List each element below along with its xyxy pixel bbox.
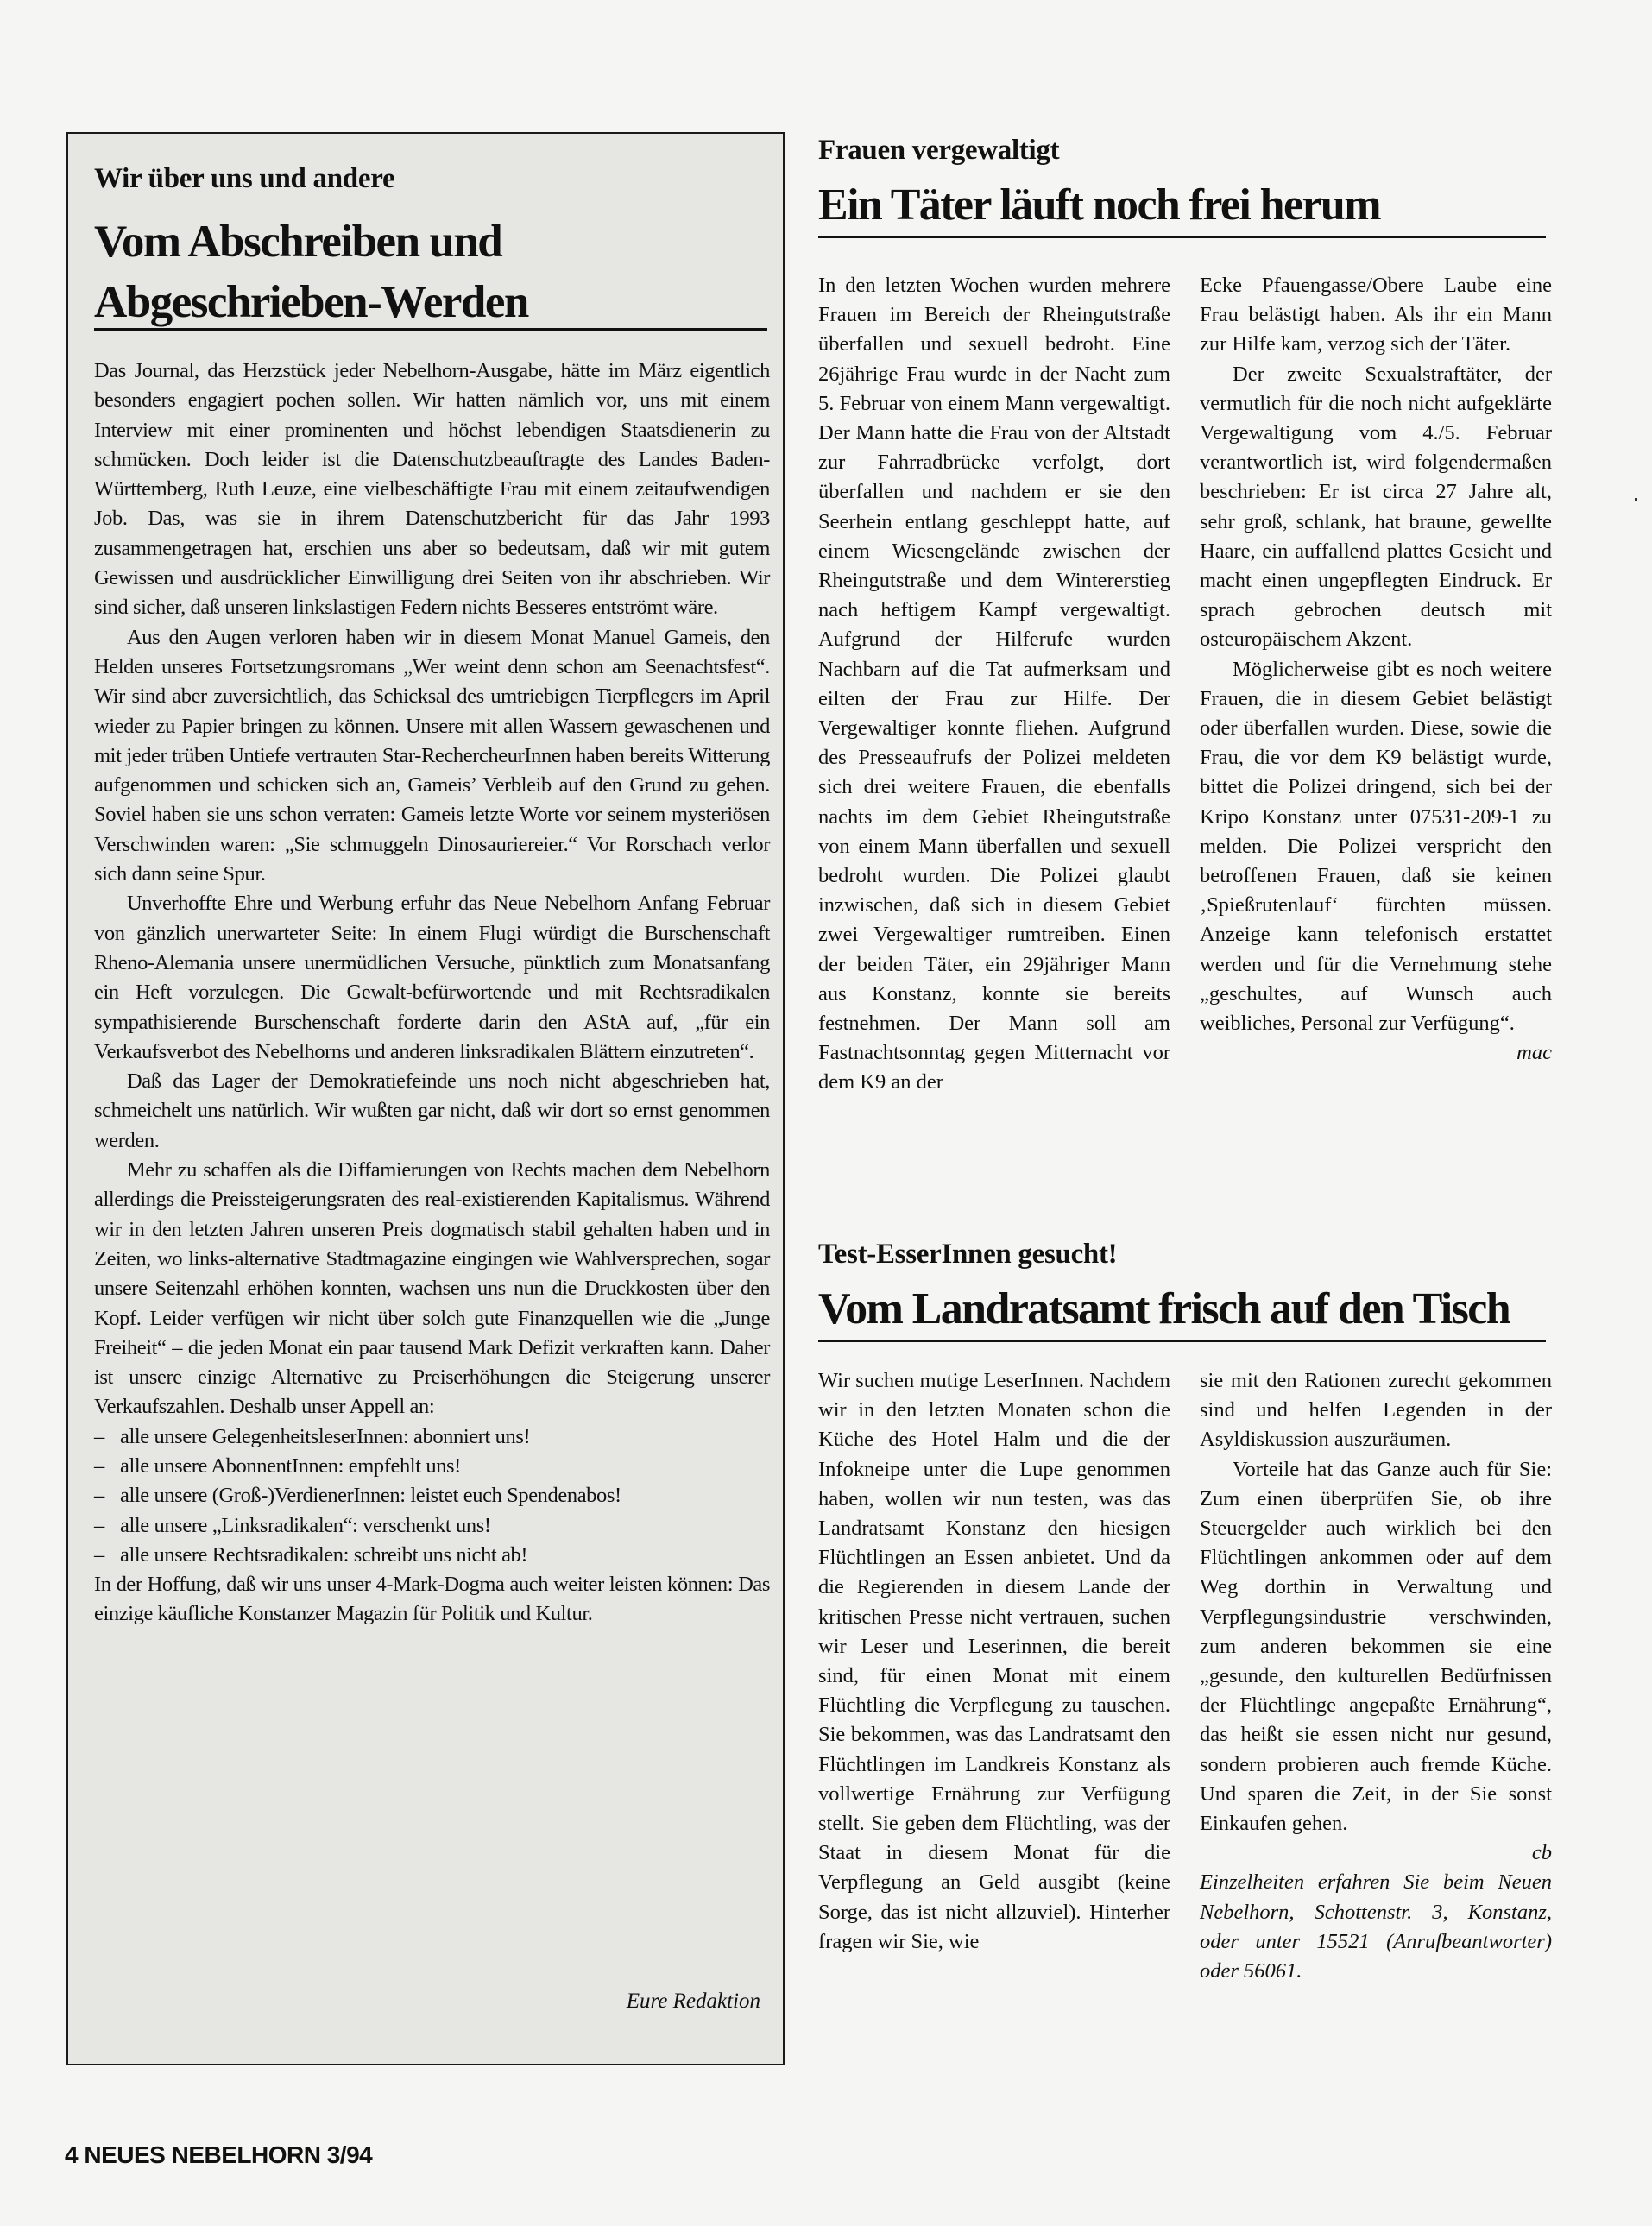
dash-bullet-icon: –	[94, 1511, 104, 1541]
article2-info: Einzelheiten erfahren Sie beim Neuen Neb…	[1200, 1868, 1552, 1986]
article2-paragraph: Vorteile hat das Ganze auch für Sie: Zum…	[1200, 1455, 1552, 1839]
article1-headline-rule	[818, 236, 1546, 238]
editorial-headline: Vom Abschreiben und Abgeschrieben-Werden	[94, 211, 767, 332]
article2-column-1: Wir suchen mutige LeserInnen. Nachdem wi…	[818, 1366, 1170, 1986]
appeal-item: –alle unsere „Linksradikalen“: verschenk…	[94, 1511, 770, 1541]
editorial-paragraph: Unverhoffte Ehre und Werbung erfuhr das …	[94, 889, 770, 1067]
article1-paragraph: Der zweite Sexualstraftäter, der vermutl…	[1200, 360, 1552, 655]
article2-kicker: Test-EsserInnen gesucht!	[818, 1239, 1552, 1271]
editorial-paragraph: Daß das Lager der Demokratiefeinde uns n…	[94, 1067, 770, 1156]
editorial-signature: Eure Redaktion	[627, 1990, 760, 2014]
appeal-item: –alle unsere (Groß-)VerdienerInnen: leis…	[94, 1481, 770, 1510]
editorial-paragraph: Aus den Augen verloren haben wir in dies…	[94, 623, 770, 890]
editorial-paragraph: Mehr zu schaffen als die Diffamierungen …	[94, 1156, 770, 1422]
article1-paragraph: In den letzten Wochen wurden mehrere Fra…	[818, 271, 1170, 1098]
article1-columns: In den letzten Wochen wurden mehrere Fra…	[818, 271, 1552, 1098]
appeal-item: –alle unsere AbonnentInnen: empfehlt uns…	[94, 1452, 770, 1481]
article2-headline: Vom Landratsamt frisch auf den Tisch	[818, 1283, 1552, 1336]
editorial-kicker: Wir über uns und andere	[94, 163, 394, 195]
print-speck	[1635, 498, 1637, 501]
article2-author: cb	[1200, 1838, 1552, 1868]
article1-paragraph: Ecke Pfauengasse/Obere Laube eine Frau b…	[1200, 271, 1552, 360]
article2-paragraph: sie mit den Rationen zurecht gekommen si…	[1200, 1366, 1552, 1455]
article1-kicker: Frauen vergewaltigt	[818, 135, 1552, 167]
editorial-closing: In der Hoffung, daß wir uns unser 4-Mark…	[94, 1570, 770, 1630]
page-footer: 4 NEUES NEBELHORN 3/94	[65, 2141, 372, 2169]
appeal-list: –alle unsere GelegenheitsleserInnen: abo…	[94, 1422, 770, 1570]
article1-author: mac	[1200, 1038, 1552, 1068]
article1-column-2: Ecke Pfauengasse/Obere Laube eine Frau b…	[1200, 271, 1552, 1098]
article1-headline: Ein Täter läuft noch frei herum	[818, 179, 1552, 232]
article2-columns: Wir suchen mutige LeserInnen. Nachdem wi…	[818, 1366, 1552, 1986]
dash-bullet-icon: –	[94, 1541, 104, 1570]
article-test-eaters: Test-EsserInnen gesucht! Vom Landratsamt…	[818, 1239, 1552, 1986]
editorial-box: Wir über uns und andere Vom Abschreiben …	[66, 132, 785, 2065]
article2-paragraph: Wir suchen mutige LeserInnen. Nachdem wi…	[818, 1366, 1170, 1957]
article2-headline-rule	[818, 1340, 1546, 1342]
editorial-headline-line2: Abgeschrieben-Werden	[94, 272, 767, 332]
article2-column-2: sie mit den Rationen zurecht gekommen si…	[1200, 1366, 1552, 1986]
article1-paragraph: Möglicherweise gibt es noch weitere Frau…	[1200, 655, 1552, 1039]
editorial-headline-line1: Vom Abschreiben und	[94, 211, 767, 272]
editorial-headline-rule	[94, 328, 767, 331]
editorial-body: Das Journal, das Herzstück jeder Nebelho…	[94, 356, 770, 1630]
article1-column-1: In den letzten Wochen wurden mehrere Fra…	[818, 271, 1170, 1098]
dash-bullet-icon: –	[94, 1481, 104, 1510]
appeal-item: –alle unsere GelegenheitsleserInnen: abo…	[94, 1422, 770, 1452]
editorial-paragraph: Das Journal, das Herzstück jeder Nebelho…	[94, 356, 770, 623]
dash-bullet-icon: –	[94, 1422, 104, 1452]
dash-bullet-icon: –	[94, 1452, 104, 1481]
appeal-item: –alle unsere Rechtsradikalen: schreibt u…	[94, 1541, 770, 1570]
article-rape-report: Frauen vergewaltigt Ein Täter läuft noch…	[818, 135, 1552, 1098]
